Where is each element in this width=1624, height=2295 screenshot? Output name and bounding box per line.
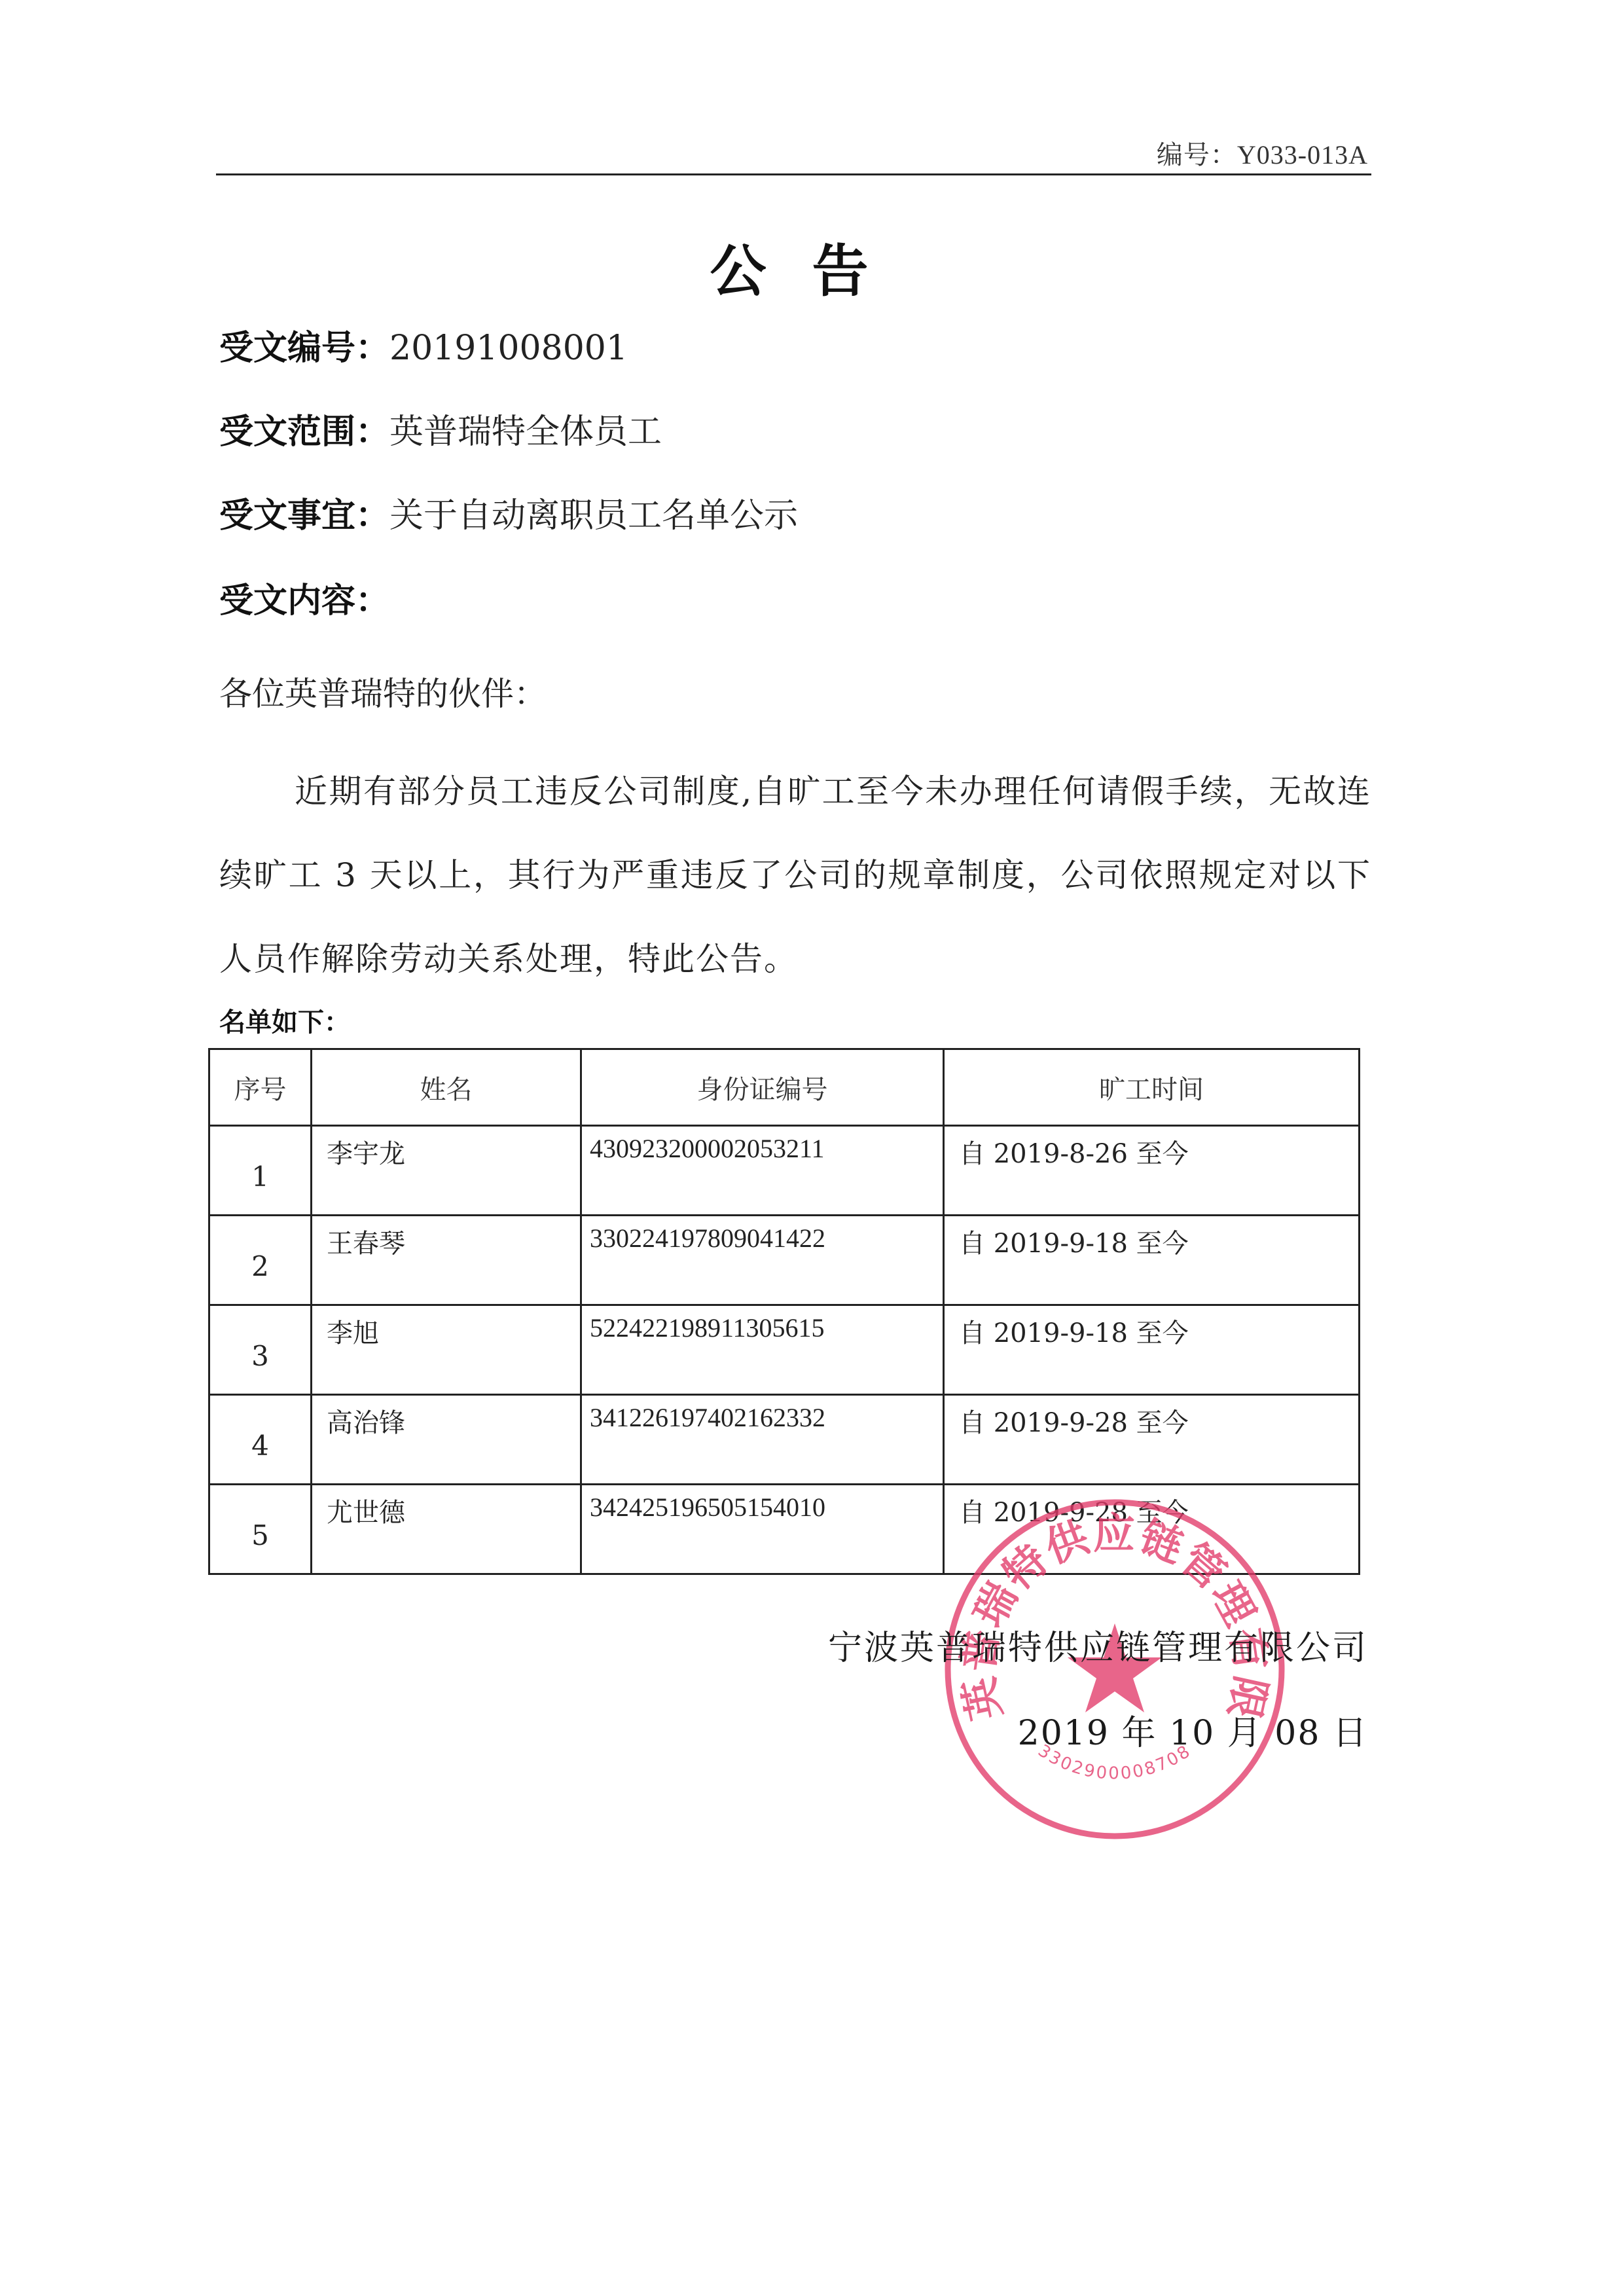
field-label: 受文编号：: [219, 329, 389, 368]
cell-id: 341226197402162332: [581, 1395, 944, 1485]
cell-name: 李旭: [312, 1305, 581, 1395]
body-paragraph: 近期有部分员工违反公司制度,自旷工至今未办理任何请假手续，无故连续旷工 3 天以…: [219, 750, 1371, 1001]
cell-date: 自 2019-9-18 至今: [944, 1305, 1360, 1395]
cell-name: 李宇龙: [312, 1126, 581, 1216]
field-label: 受文事宜：: [219, 496, 389, 535]
signature-date: 2019 年 10 月 08 日: [903, 1705, 1368, 1754]
cell-seq: 2: [209, 1216, 312, 1305]
field-scope: 受文范围：英普瑞特全体员工: [219, 412, 662, 452]
cell-id: 342425196505154010: [581, 1485, 944, 1574]
cell-id: 330224197809041422: [581, 1216, 944, 1305]
cell-name: 尤世德: [312, 1485, 581, 1574]
header-absence-date: 旷工时间: [944, 1049, 1360, 1126]
cell-name: 高治锋: [312, 1395, 581, 1485]
cell-date: 自 2019-9-28 至今: [944, 1395, 1360, 1485]
field-label: 受文范围：: [219, 412, 389, 452]
cell-seq: 5: [209, 1485, 312, 1574]
signature-company: 宁波英普瑞特供应链管理有限公司: [772, 1620, 1368, 1669]
document-page: 编号：Y033-013A 公告 受文编号：20191008001 受文范围：英普…: [0, 0, 1624, 2295]
cell-date: 自 2019-9-28 至今: [944, 1485, 1360, 1574]
header-seq: 序号: [209, 1049, 312, 1126]
table-row: 1 李宇龙 430923200002053211 自 2019-8-26 至今: [209, 1126, 1360, 1216]
cell-seq: 4: [209, 1395, 312, 1485]
table-header-row: 序号 姓名 身份证编号 旷工时间: [209, 1049, 1360, 1126]
document-number: 编号：Y033-013A: [1047, 134, 1368, 172]
field-value: 英普瑞特全体员工: [389, 412, 662, 452]
field-doc-number: 受文编号：20191008001: [219, 329, 628, 368]
cell-id: 430923200002053211: [581, 1126, 944, 1216]
header-id: 身份证编号: [581, 1049, 944, 1126]
header-rule: [216, 173, 1371, 175]
field-matter: 受文事宜：关于自动离职员工名单公示: [219, 496, 798, 535]
table-row: 2 王春琴 330224197809041422 自 2019-9-18 至今: [209, 1216, 1360, 1305]
table-row: 4 高治锋 341226197402162332 自 2019-9-28 至今: [209, 1395, 1360, 1485]
table-row: 3 李旭 522422198911305615 自 2019-9-18 至今: [209, 1305, 1360, 1395]
field-value: 关于自动离职员工名单公示: [389, 496, 798, 535]
list-label: 名单如下：: [219, 1002, 350, 1039]
field-value: 20191008001: [389, 329, 628, 368]
cell-seq: 3: [209, 1305, 312, 1395]
cell-id: 522422198911305615: [581, 1305, 944, 1395]
cell-date: 自 2019-9-18 至今: [944, 1216, 1360, 1305]
dismissal-table: 序号 姓名 身份证编号 旷工时间 1 李宇龙 43092320000205321…: [208, 1048, 1360, 1575]
cell-seq: 1: [209, 1126, 312, 1216]
table-row: 5 尤世德 342425196505154010 自 2019-9-28 至今: [209, 1485, 1360, 1574]
field-content: 受文内容：: [219, 581, 389, 621]
cell-name: 王春琴: [312, 1216, 581, 1305]
header-name: 姓名: [312, 1049, 581, 1126]
salutation: 各位英普瑞特的伙伴：: [219, 668, 547, 715]
field-label: 受文内容：: [219, 581, 389, 621]
cell-date: 自 2019-8-26 至今: [944, 1126, 1360, 1216]
page-title: 公告: [0, 226, 1624, 307]
